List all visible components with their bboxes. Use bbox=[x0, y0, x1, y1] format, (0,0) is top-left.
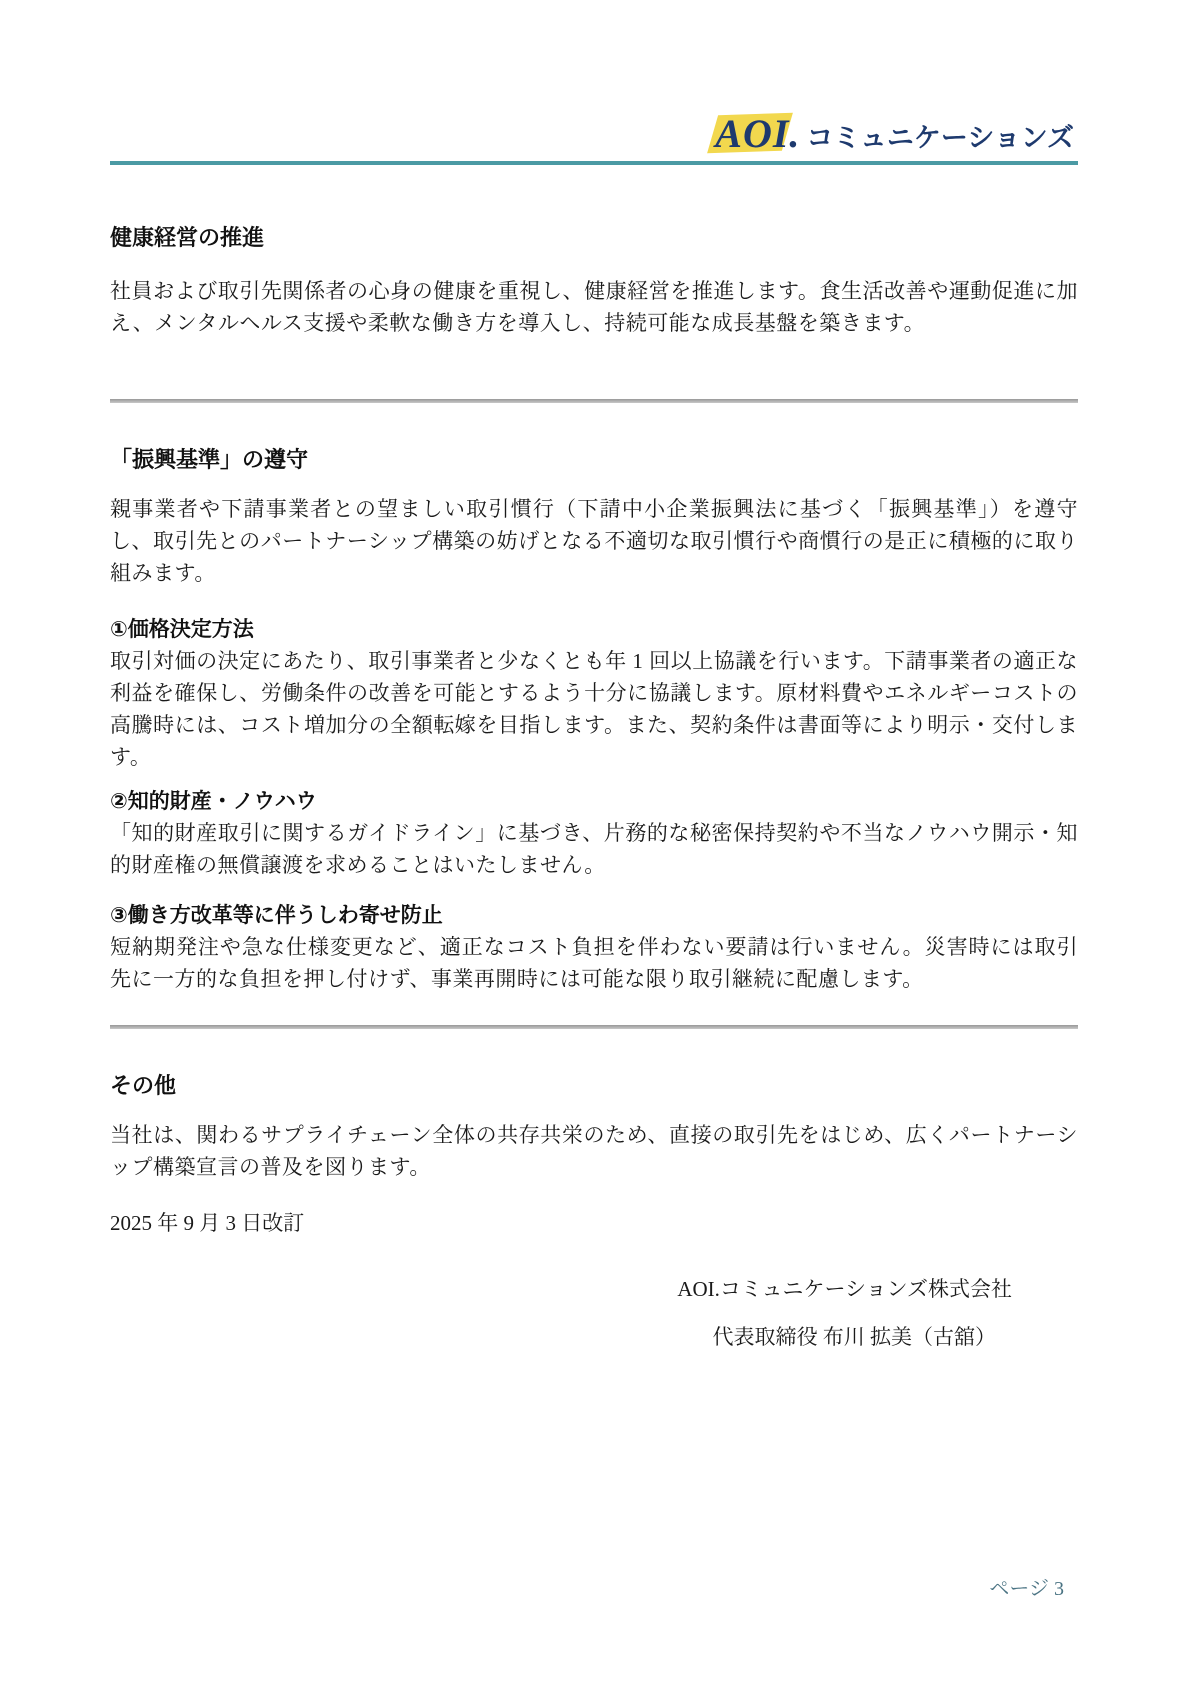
document-page: AOI. コミュニケーションズ 健康経営の推進 社員および取引先関係者の心身の健… bbox=[0, 0, 1190, 1683]
subsection-body-ip-knowhow: 「知的財産取引に関するガイドライン」に基づき、片務的な秘密保持契約や不当なノウハ… bbox=[110, 817, 1078, 881]
company-name: AOI.コミュニケーションズ株式会社 bbox=[110, 1273, 1078, 1305]
subsection-body-workstyle: 短納期発注や急な仕様変更など、適正なコスト負担を伴わない要請は行いません。災害時… bbox=[110, 931, 1078, 995]
section-heading-shinko-kijun: 「振興基準」の遵守 bbox=[110, 445, 1078, 475]
logo-suffix-text: コミュニケーションズ bbox=[806, 123, 1074, 153]
revision-date: 2025 年 9 月 3 日改訂 bbox=[110, 1207, 1078, 1239]
page-header: AOI. コミュニケーションズ bbox=[0, 0, 1190, 165]
company-logo: AOI. コミュニケーションズ bbox=[110, 110, 1078, 158]
subsection-heading-pricing: ①価格決定方法 bbox=[110, 615, 1078, 645]
section-body-other: 当社は、関わるサプライチェーン全体の共存共栄のため、直接の取引先をはじめ、広くパ… bbox=[110, 1119, 1078, 1183]
section-heading-health: 健康経営の推進 bbox=[110, 223, 1078, 253]
section-body-health: 社員および取引先関係者の心身の健康を重視し、健康経営を推進します。食生活改善や運… bbox=[110, 275, 1078, 339]
subsection-body-pricing: 取引対価の決定にあたり、取引事業者と少なくとも年 1 回以上協議を行います。下請… bbox=[110, 645, 1078, 773]
logo-brand-text: AOI. bbox=[715, 111, 800, 156]
representative-name: 代表取締役 布川 拡美（古舘） bbox=[110, 1321, 1078, 1353]
section-heading-other: その他 bbox=[110, 1071, 1078, 1101]
section-divider bbox=[110, 399, 1078, 403]
section-body-shinko-kijun: 親事業者や下請事業者との望ましい取引慣行（下請中小企業振興法に基づく「振興基準」… bbox=[110, 493, 1078, 589]
subsection-heading-workstyle: ③働き方改革等に伴うしわ寄せ防止 bbox=[110, 901, 1078, 931]
subsection-heading-ip-knowhow: ②知的財産・ノウハウ bbox=[110, 787, 1078, 817]
page-number: ページ 3 bbox=[989, 1572, 1064, 1601]
document-body: 健康経営の推進 社員および取引先関係者の心身の健康を重視し、健康経営を推進します… bbox=[0, 223, 1190, 1353]
section-divider bbox=[110, 1025, 1078, 1029]
logo-mark: AOI. コミュニケーションズ bbox=[711, 110, 1078, 167]
